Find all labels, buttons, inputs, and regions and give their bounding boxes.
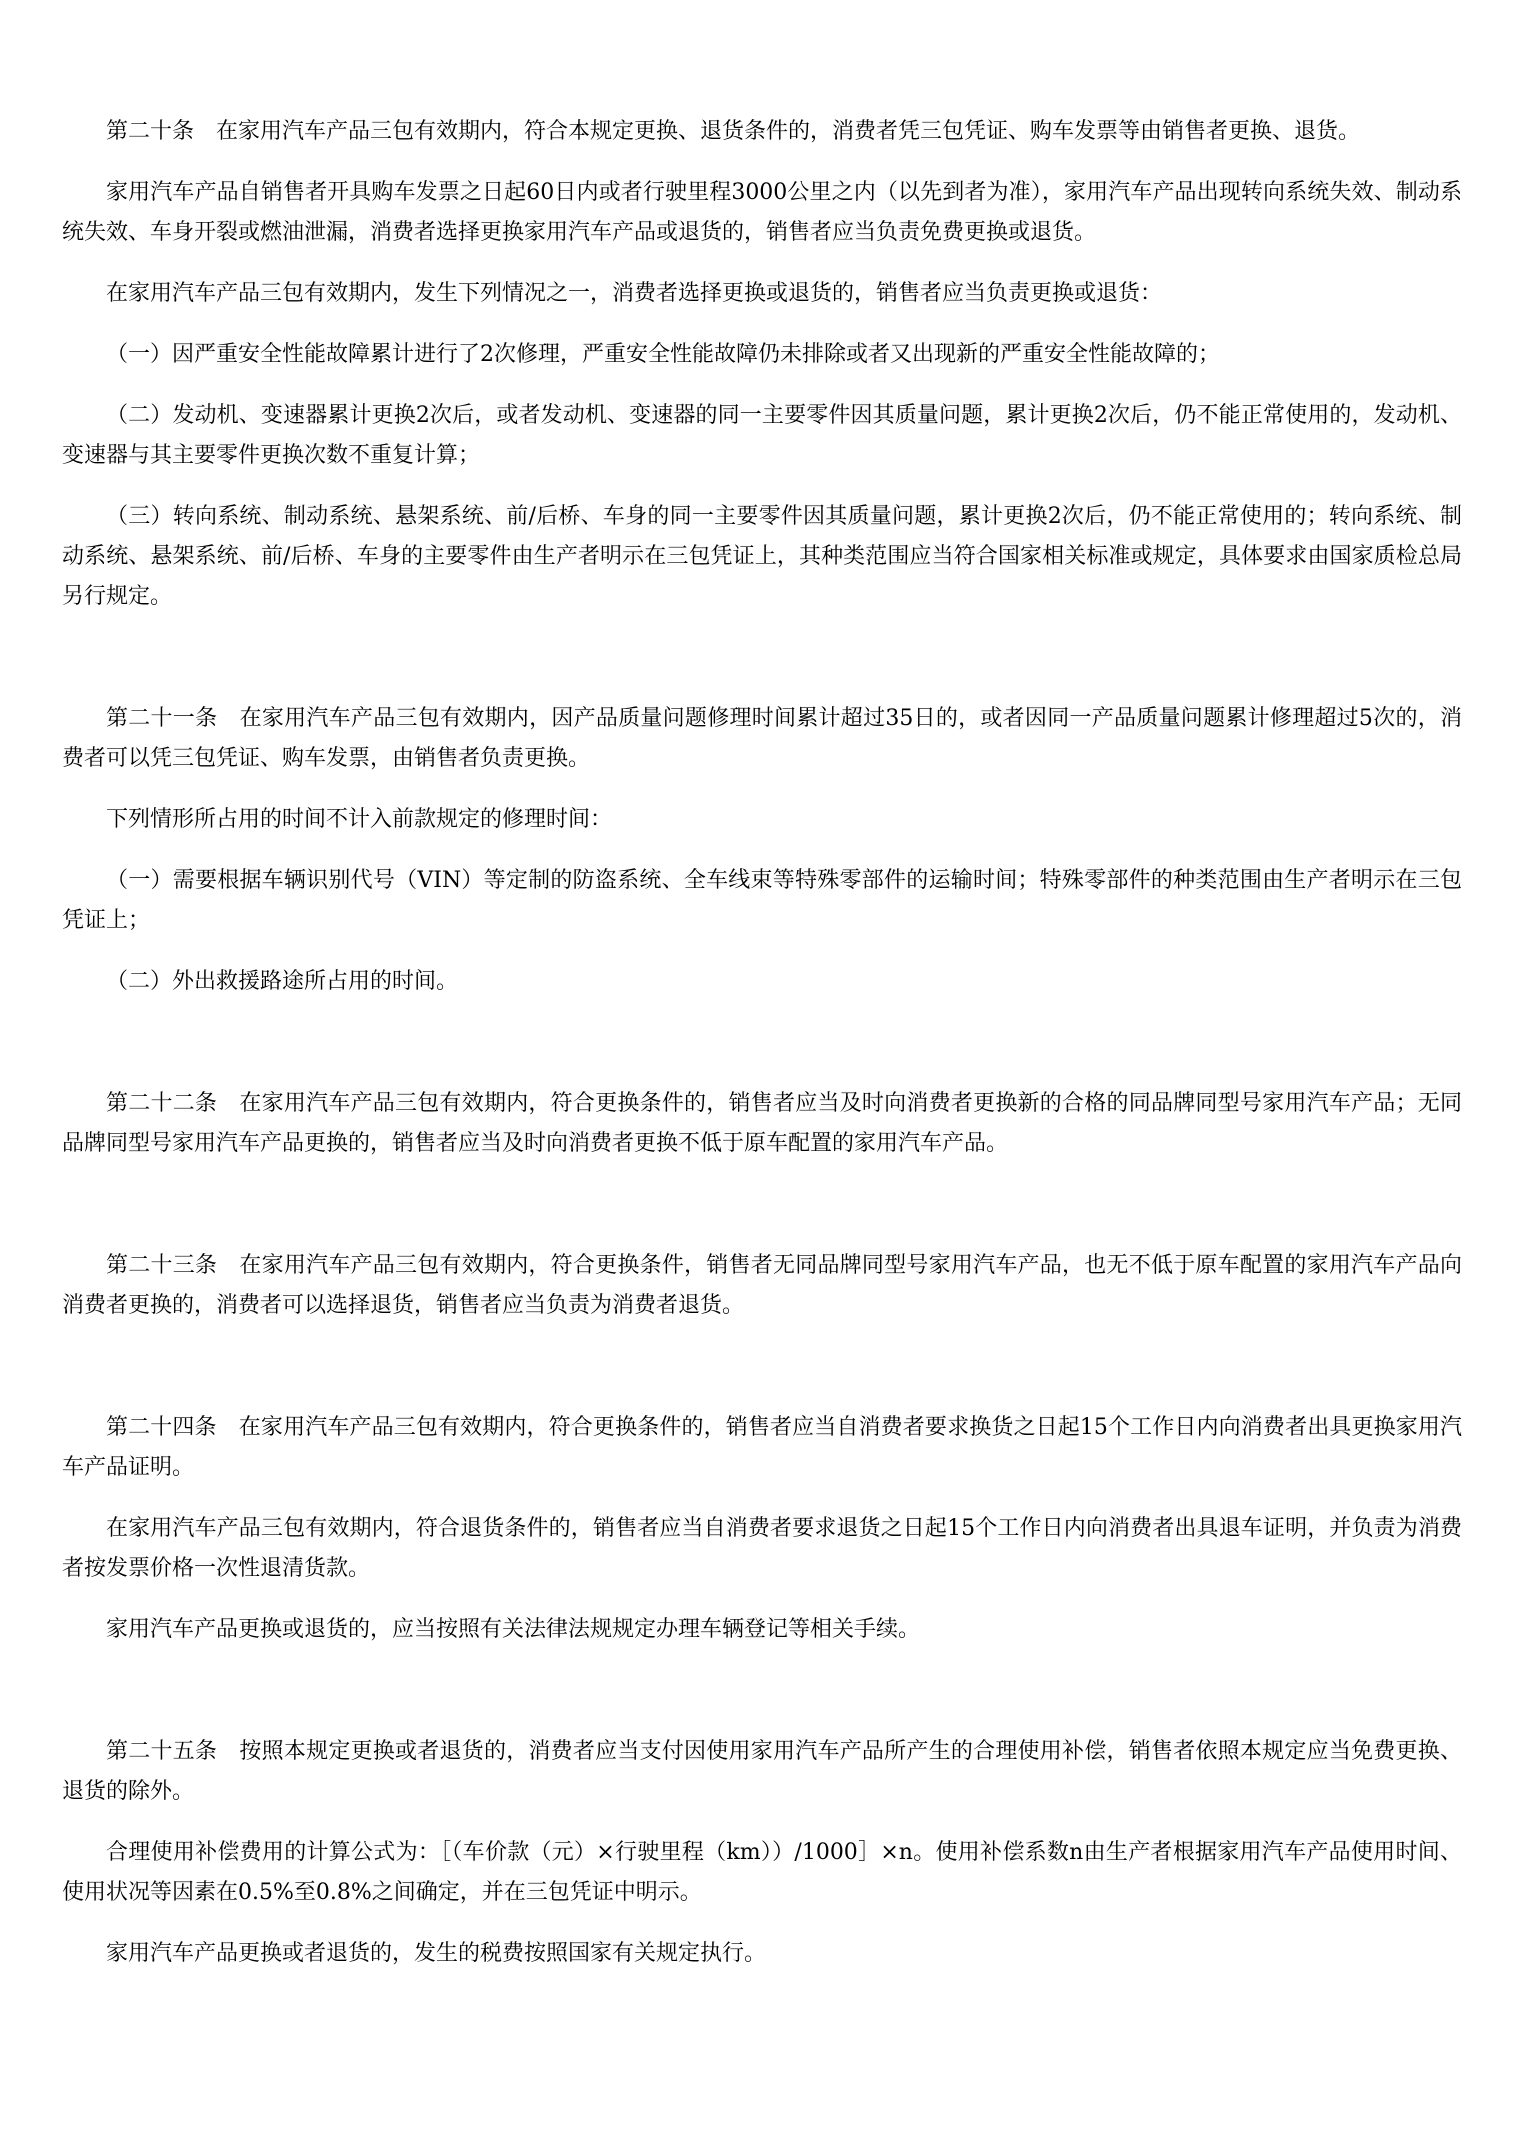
paragraph-article-24-clause-1: 在家用汽车产品三包有效期内，符合退货条件的，销售者应当自消费者要求退货之日起15… — [62, 1509, 1462, 1589]
paragraph-article-21-item-1: （一）需要根据车辆识别代号（VIN）等定制的防盗系统、全车线束等特殊零部件的运输… — [62, 861, 1462, 941]
paragraph-article-20-clause-2: 在家用汽车产品三包有效期内，发生下列情况之一，消费者选择更换或退货的，销售者应当… — [62, 274, 1462, 314]
paragraph-article-20-item-1: （一）因严重安全性能故障累计进行了2次修理，严重安全性能故障仍未排除或者又出现新… — [62, 335, 1462, 375]
paragraph-article-24-clause-2: 家用汽车产品更换或退货的，应当按照有关法律法规规定办理车辆登记等相关手续。 — [62, 1610, 1462, 1650]
document-page: 第二十条 在家用汽车产品三包有效期内，符合本规定更换、退货条件的，消费者凭三包凭… — [0, 0, 1520, 2150]
paragraph-article-21-clause-1: 下列情形所占用的时间不计入前款规定的修理时间： — [62, 800, 1462, 840]
paragraph-article-25-clause-1: 合理使用补偿费用的计算公式为：［（车价款（元）×行驶里程（km））/1000］×… — [62, 1833, 1462, 1913]
paragraph-article-20-clause-1: 家用汽车产品自销售者开具购车发票之日起60日内或者行驶里程3000公里之内（以先… — [62, 173, 1462, 253]
paragraph-article-21-item-2: （二）外出救援路途所占用的时间。 — [62, 962, 1462, 1002]
paragraph-article-20-item-2: （二）发动机、变速器累计更换2次后，或者发动机、变速器的同一主要零件因其质量问题… — [62, 396, 1462, 476]
paragraph-article-21: 第二十一条 在家用汽车产品三包有效期内，因产品质量问题修理时间累计超过35日的，… — [62, 699, 1462, 779]
paragraph-article-25: 第二十五条 按照本规定更换或者退货的，消费者应当支付因使用家用汽车产品所产生的合… — [62, 1732, 1462, 1812]
paragraph-article-22: 第二十二条 在家用汽车产品三包有效期内，符合更换条件的，销售者应当及时向消费者更… — [62, 1084, 1462, 1164]
paragraph-article-20: 第二十条 在家用汽车产品三包有效期内，符合本规定更换、退货条件的，消费者凭三包凭… — [62, 112, 1462, 152]
paragraph-article-25-clause-2: 家用汽车产品更换或者退货的，发生的税费按照国家有关规定执行。 — [62, 1934, 1462, 1974]
paragraph-article-20-item-3: （三）转向系统、制动系统、悬架系统、前/后桥、车身的同一主要零件因其质量问题，累… — [62, 497, 1462, 617]
paragraph-article-24: 第二十四条 在家用汽车产品三包有效期内，符合更换条件的，销售者应当自消费者要求换… — [62, 1408, 1462, 1488]
paragraph-article-23: 第二十三条 在家用汽车产品三包有效期内，符合更换条件，销售者无同品牌同型号家用汽… — [62, 1246, 1462, 1326]
